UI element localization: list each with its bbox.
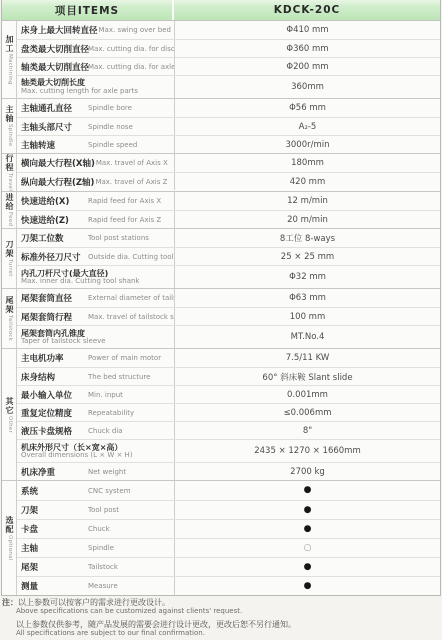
- section-rows: 系统CNC system●刀架Tool post●卡盘Chuck●主轴Spind…: [17, 481, 440, 595]
- item-value: 3000r/min: [175, 136, 440, 153]
- item-value: Φ63 mm: [175, 289, 440, 307]
- spec-row: 尾架Tailstock●: [17, 557, 440, 576]
- item-label-en: Max. travel of tailstock sleeve: [87, 313, 175, 321]
- spec-row: 轴类最大切削长度Max. cutting length for axle par…: [17, 75, 440, 98]
- item-description: 刀架Tool post: [17, 501, 175, 519]
- item-description: 内孔刀杆尺寸(最大直径)Max. inner dia. Cutting tool…: [17, 266, 175, 288]
- item-label-en: Chuck dia: [87, 427, 123, 435]
- section: 刀架Turret刀架工位数Tool post stations8工位 8-way…: [2, 228, 440, 288]
- section-rows: 主电机功率Power of main motor7.5/11 KW床身结构The…: [17, 349, 440, 480]
- item-description: 盘类最大切削直径Max. cutting dia. for disc parts: [17, 40, 175, 57]
- item-value: 12 m/min: [175, 192, 440, 210]
- spec-row: 横向最大行程(X轴)Max. travel of Axis X180mm: [17, 154, 440, 172]
- spec-row: 标准外径刀尺寸Outside dia. Cutting tool shank25…: [17, 247, 440, 265]
- item-label-cn: 主轴通孔直径: [21, 102, 87, 114]
- item-description: 床身结构The bed structure: [17, 368, 175, 385]
- section-rows: 横向最大行程(X轴)Max. travel of Axis X180mm纵向最大…: [17, 154, 440, 191]
- item-label-cn: 床身结构: [21, 371, 87, 383]
- section-label-cn: 行程: [5, 154, 13, 172]
- section: 加工Machining床身上最大回转直径Max. swing over bedΦ…: [2, 21, 440, 98]
- item-label-cn: 盘类最大切削直径: [21, 43, 87, 55]
- spec-row: 最小输入单位Min. input0.001mm: [17, 385, 440, 403]
- optional-mark-filled-icon: ●: [304, 525, 312, 534]
- section-label-en: Machining: [6, 54, 12, 85]
- section-label: 尾架Tailstock: [2, 289, 17, 348]
- item-label-en: Min. input: [87, 391, 123, 399]
- item-description: 系统CNC system: [17, 481, 175, 500]
- item-value: 8": [175, 422, 440, 439]
- footnotes: 注：以上参数可以按客户的需求进行更改设计。 Above specificatio…: [2, 598, 438, 638]
- item-label-en: Max. cutting dia. for disc parts: [87, 45, 175, 53]
- item-description: 液压卡盘规格Chuck dia: [17, 422, 175, 439]
- item-label-en: Measure: [87, 582, 118, 590]
- optional-mark-hollow-icon: ○: [304, 544, 312, 553]
- spec-row: 液压卡盘规格Chuck dia8": [17, 421, 440, 439]
- item-label-en: Max. inner dia. Cutting tool shank: [21, 278, 139, 286]
- item-label-en: Tool post: [87, 506, 119, 514]
- item-label-en: Repeatability: [87, 409, 134, 417]
- section-rows: 床身上最大回转直径Max. swing over bedΦ410 mm盘类最大切…: [17, 21, 440, 98]
- item-value: 2435 × 1270 × 1660mm: [175, 440, 440, 462]
- spec-row: 床身上最大回转直径Max. swing over bedΦ410 mm: [17, 21, 440, 39]
- item-label-cn: 主轴头部尺寸: [21, 121, 87, 133]
- item-description: 卡盘Chuck: [17, 520, 175, 538]
- spec-row: 系统CNC system●: [17, 481, 440, 500]
- spec-row: 主轴通孔直径Spindle boreΦ56 mm: [17, 99, 440, 117]
- item-label-cn: 卡盘: [21, 523, 87, 535]
- section-label-cn: 刀架: [5, 240, 13, 258]
- section-label-en: Spindle: [6, 124, 12, 147]
- item-label-en: Taper of tailstock sleeve: [21, 338, 106, 346]
- spec-row: 快速进给(X)Rapid feed for Axis X12 m/min: [17, 192, 440, 210]
- item-label-en: Overall dimensions (L × W × H): [21, 452, 133, 460]
- item-label-cn: 标准外径刀尺寸: [21, 251, 87, 263]
- item-label-en: Spindle bore: [87, 104, 132, 112]
- item-description: 主轴Spindle: [17, 539, 175, 557]
- item-description: 刀架工位数Tool post stations: [17, 229, 175, 247]
- item-description: 主轴通孔直径Spindle bore: [17, 99, 175, 117]
- table-body: 加工Machining床身上最大回转直径Max. swing over bedΦ…: [2, 21, 440, 595]
- item-label-cn: 尾架: [21, 561, 87, 573]
- optional-mark-filled-icon: ●: [304, 506, 312, 515]
- spec-row: 轴类最大切削直径Max. cutting dia. for axle parts…: [17, 57, 440, 75]
- item-value-cell: ●: [175, 520, 440, 538]
- item-description: 主电机功率Power of main motor: [17, 349, 175, 367]
- spec-row: 尾架套筒内孔锥度Taper of tailstock sleeveMT.No.4: [17, 325, 440, 348]
- item-description: 轴类最大切削直径Max. cutting dia. for axle parts: [17, 58, 175, 75]
- section-label: 加工Machining: [2, 21, 17, 98]
- items-header-cell: 项目ITEMS: [2, 0, 174, 20]
- optional-mark-filled-icon: ●: [304, 563, 312, 572]
- item-value: 20 m/min: [175, 211, 440, 228]
- item-description: 最小输入单位Min. input: [17, 386, 175, 403]
- spec-row: 主轴Spindle○: [17, 538, 440, 557]
- model-header-cell: KDCK-20C: [174, 0, 440, 20]
- section-label-cn: 选配: [5, 516, 13, 534]
- item-label-en: Rapid feed for Axis Z: [87, 216, 161, 224]
- footnote-en: Above specifications can be customized a…: [16, 608, 438, 616]
- section: 行程Travel横向最大行程(X轴)Max. travel of Axis X1…: [2, 153, 440, 191]
- item-value: 60° 斜床鞍 Slant slide: [175, 368, 440, 385]
- item-label-en: Max. travel of Axis X: [95, 159, 168, 167]
- item-description: 轴类最大切削长度Max. cutting length for axle par…: [17, 76, 175, 98]
- item-label-cn: 横向最大行程(X轴): [21, 157, 95, 169]
- section-label-cn: 进给: [5, 193, 13, 211]
- item-description: 床身上最大回转直径Max. swing over bed: [17, 21, 175, 39]
- spec-row: 尾架套筒行程Max. travel of tailstock sleeve100…: [17, 307, 440, 325]
- section-rows: 尾架套筒直径External diameter of tailstock sle…: [17, 289, 440, 348]
- item-label-cn: 液压卡盘规格: [21, 425, 87, 437]
- item-label-cn: 系统: [21, 485, 87, 497]
- item-label-cn: 刀架: [21, 504, 87, 516]
- item-label-en: CNC system: [87, 487, 131, 495]
- item-description: 快速进给(X)Rapid feed for Axis X: [17, 192, 175, 210]
- section: 进给Feed快速进给(X)Rapid feed for Axis X12 m/m…: [2, 191, 440, 228]
- item-label-cn: 测量: [21, 580, 87, 592]
- item-label-cn: 主轴: [21, 542, 87, 554]
- spec-row: 主轴头部尺寸Spindle noseA₂-5: [17, 117, 440, 135]
- item-value-cell: ●: [175, 577, 440, 595]
- item-value: ≤0.006mm: [175, 404, 440, 421]
- optional-mark-filled-icon: ●: [304, 582, 312, 591]
- item-label-en: Tailstock: [87, 563, 118, 571]
- footnote-en: All specifications are subject to our fi…: [16, 630, 438, 638]
- section: 尾架Tailstock尾架套筒直径External diameter of ta…: [2, 288, 440, 348]
- spec-row: 刀架Tool post●: [17, 500, 440, 519]
- item-value: 420 mm: [175, 173, 440, 190]
- item-description: 快速进给(Z)Rapid feed for Axis Z: [17, 211, 175, 228]
- item-value: MT.No.4: [175, 326, 440, 348]
- item-description: 纵向最大行程(Z轴)Max. travel of Axis Z: [17, 173, 175, 190]
- item-value: 25 × 25 mm: [175, 248, 440, 265]
- section: 其它Other主电机功率Power of main motor7.5/11 KW…: [2, 348, 440, 480]
- spec-row: 主电机功率Power of main motor7.5/11 KW: [17, 349, 440, 367]
- section-label-en: Travel: [6, 173, 12, 191]
- spec-row: 尾架套筒直径External diameter of tailstock sle…: [17, 289, 440, 307]
- spec-row: 纵向最大行程(Z轴)Max. travel of Axis Z420 mm: [17, 172, 440, 190]
- item-value: 100 mm: [175, 308, 440, 325]
- item-description: 尾架Tailstock: [17, 558, 175, 576]
- section-label: 进给Feed: [2, 192, 17, 228]
- item-description: 测量Measure: [17, 577, 175, 595]
- section-rows: 刀架工位数Tool post stations8工位 8-ways标准外径刀尺寸…: [17, 229, 440, 288]
- item-value: Φ200 mm: [175, 58, 440, 75]
- spec-row: 机床净重Net weight2700 kg: [17, 462, 440, 480]
- item-value: 7.5/11 KW: [175, 349, 440, 367]
- spec-row: 主轴转速Spindle speed3000r/min: [17, 135, 440, 153]
- section-label-en: Feed: [6, 212, 12, 226]
- spec-row: 重复定位精度Repeatability≤0.006mm: [17, 403, 440, 421]
- item-value: Φ360 mm: [175, 40, 440, 57]
- section: 主轴Spindle主轴通孔直径Spindle boreΦ56 mm主轴头部尺寸S…: [2, 98, 440, 153]
- section-label: 主轴Spindle: [2, 99, 17, 153]
- spec-row: 快速进给(Z)Rapid feed for Axis Z20 m/min: [17, 210, 440, 228]
- item-value-cell: ○: [175, 539, 440, 557]
- item-label-cn: 重复定位精度: [21, 407, 87, 419]
- item-label-en: Max. cutting dia. for axle parts: [87, 63, 175, 71]
- section-label-en: Turret: [6, 259, 12, 277]
- item-label-en: Spindle nose: [87, 123, 133, 131]
- spec-row: 盘类最大切削直径Max. cutting dia. for disc parts…: [17, 39, 440, 57]
- spec-row: 机床外形尺寸（长×宽×高）Overall dimensions (L × W ×…: [17, 439, 440, 462]
- footnote: 以上参数仅供参考，随产品发展的需要会进行设计更改，更改后恕不另行通知。 All …: [2, 620, 438, 637]
- footnote: 注：以上参数可以按客户的需求进行更改设计。 Above specificatio…: [2, 598, 438, 615]
- item-value: Φ32 mm: [175, 266, 440, 288]
- item-label-cn: 主轴转速: [21, 139, 87, 151]
- item-description: 主轴头部尺寸Spindle nose: [17, 118, 175, 135]
- item-description: 标准外径刀尺寸Outside dia. Cutting tool shank: [17, 248, 175, 265]
- section: 选配Optional系统CNC system●刀架Tool post●卡盘Chu…: [2, 480, 440, 595]
- item-value: A₂-5: [175, 118, 440, 135]
- item-label-cn: 轴类最大切削直径: [21, 61, 87, 73]
- item-value: 0.001mm: [175, 386, 440, 403]
- item-label-en: Outside dia. Cutting tool shank: [87, 253, 175, 261]
- item-description: 机床净重Net weight: [17, 463, 175, 480]
- item-description: 主轴转速Spindle speed: [17, 136, 175, 153]
- item-value: 8工位 8-ways: [175, 229, 440, 247]
- item-label-en: Tool post stations: [87, 234, 149, 242]
- footnote-prefix: 注：: [2, 598, 18, 607]
- section-label-cn: 主轴: [5, 105, 13, 123]
- spec-row: 内孔刀杆尺寸(最大直径)Max. inner dia. Cutting tool…: [17, 265, 440, 288]
- item-value: Φ56 mm: [175, 99, 440, 117]
- section-label-en: Tailstock: [6, 315, 12, 341]
- section-label-cn: 尾架: [5, 296, 13, 314]
- item-description: 横向最大行程(X轴)Max. travel of Axis X: [17, 154, 175, 172]
- item-label-cn: 刀架工位数: [21, 232, 87, 244]
- item-description: 尾架套筒内孔锥度Taper of tailstock sleeve: [17, 326, 175, 348]
- spec-row: 卡盘Chuck●: [17, 519, 440, 538]
- section-label-en: Optional: [6, 535, 12, 561]
- item-label-cn: 床身上最大回转直径: [21, 24, 98, 36]
- spec-table: 项目ITEMS KDCK-20C 加工Machining床身上最大回转直径Max…: [1, 0, 441, 596]
- spec-row: 测量Measure●: [17, 576, 440, 595]
- section-label: 选配Optional: [2, 481, 17, 595]
- item-value: 360mm: [175, 76, 440, 98]
- section-label-cn: 其它: [5, 397, 13, 415]
- item-label-cn: 尾架套筒行程: [21, 311, 87, 323]
- footnote-cn-text: 以上参数可以按客户的需求进行更改设计。: [18, 598, 170, 607]
- item-value-cell: ●: [175, 501, 440, 519]
- item-value: 2700 kg: [175, 463, 440, 480]
- section-label-en: Other: [6, 416, 12, 433]
- item-label-cn: 主电机功率: [21, 352, 87, 364]
- item-label-en: Power of main motor: [87, 354, 161, 362]
- item-label-en: Spindle: [87, 544, 114, 552]
- item-label-cn: 最小输入单位: [21, 389, 87, 401]
- item-value-cell: ●: [175, 481, 440, 500]
- section-rows: 快速进给(X)Rapid feed for Axis X12 m/min快速进给…: [17, 192, 440, 228]
- item-label-cn: 快速进给(Z): [21, 214, 87, 226]
- item-label-en: External diameter of tailstock sleeve: [87, 294, 175, 302]
- item-value-cell: ●: [175, 558, 440, 576]
- item-label-en: The bed structure: [87, 373, 150, 381]
- item-value: 180mm: [175, 154, 440, 172]
- item-label-en: Chuck: [87, 525, 110, 533]
- item-label-cn: 快速进给(X): [21, 195, 87, 207]
- item-description: 尾架套筒行程Max. travel of tailstock sleeve: [17, 308, 175, 325]
- table-header: 项目ITEMS KDCK-20C: [2, 0, 440, 21]
- spec-row: 床身结构The bed structure60° 斜床鞍 Slant slide: [17, 367, 440, 385]
- item-value: Φ410 mm: [175, 21, 440, 39]
- item-label-en: Spindle speed: [87, 141, 137, 149]
- section-label: 其它Other: [2, 349, 17, 480]
- section-label-cn: 加工: [5, 35, 13, 53]
- item-label-en: Max. travel of Axis Z: [94, 178, 167, 186]
- item-label-en: Max. cutting length for axle parts: [21, 88, 138, 96]
- item-description: 尾架套筒直径External diameter of tailstock sle…: [17, 289, 175, 307]
- section-label: 行程Travel: [2, 154, 17, 191]
- section-label: 刀架Turret: [2, 229, 17, 288]
- item-label-en: Net weight: [87, 468, 126, 476]
- item-label-cn: 尾架套筒直径: [21, 292, 87, 304]
- optional-mark-filled-icon: ●: [304, 486, 312, 495]
- item-description: 重复定位精度Repeatability: [17, 404, 175, 421]
- item-label-en: Rapid feed for Axis X: [87, 197, 161, 205]
- item-label-en: Max. swing over bed: [98, 26, 171, 34]
- spec-sheet-page: 项目ITEMS KDCK-20C 加工Machining床身上最大回转直径Max…: [0, 0, 442, 640]
- item-label-cn: 机床净重: [21, 466, 87, 478]
- item-description: 机床外形尺寸（长×宽×高）Overall dimensions (L × W ×…: [17, 440, 175, 462]
- item-label-cn: 纵向最大行程(Z轴): [21, 176, 94, 188]
- section-rows: 主轴通孔直径Spindle boreΦ56 mm主轴头部尺寸Spindle no…: [17, 99, 440, 153]
- spec-row: 刀架工位数Tool post stations8工位 8-ways: [17, 229, 440, 247]
